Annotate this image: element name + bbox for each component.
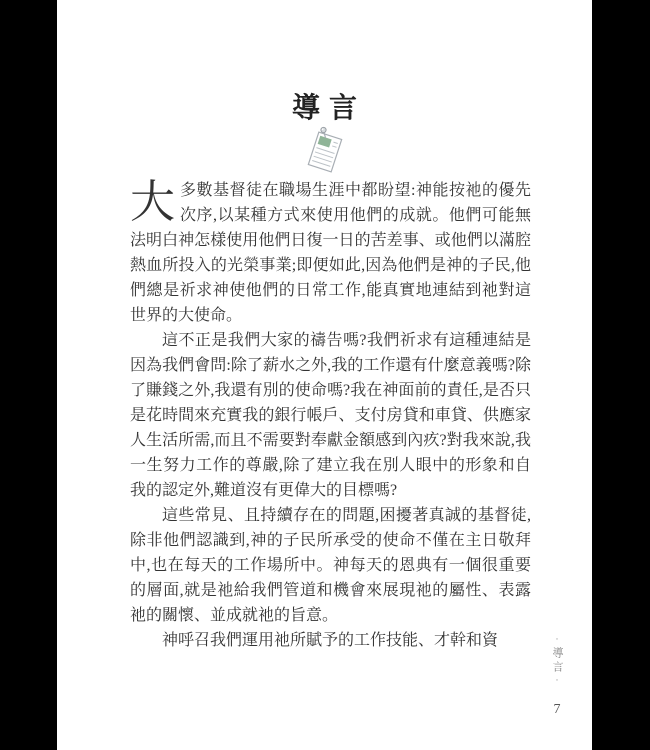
side-caption: ·導言·: [549, 634, 565, 688]
notepad-icon: [302, 125, 348, 177]
body-text: 大多數基督徒在職場生涯中都盼望:神能按祂的優先次序,以某種方式來使用他們的成就。…: [130, 178, 531, 653]
paragraph-2: 這不正是我們大家的禱告嗎?我們祈求有這種連結是因為我們會問:除了薪水之外,我的工…: [130, 328, 531, 503]
side-caption-label: 導言: [551, 647, 563, 675]
paragraph-1-text: 多數基督徒在職場生涯中都盼望:神能按祂的優先次序,以某種方式來使用他們的成就。他…: [130, 182, 531, 324]
right-black-border: [592, 0, 650, 750]
left-black-border: [0, 0, 57, 750]
page-number: 7: [546, 702, 568, 718]
paragraph-1: 大多數基督徒在職場生涯中都盼望:神能按祂的優先次序,以某種方式來使用他們的成就。…: [130, 178, 531, 328]
paragraph-4: 神呼召我們運用祂所賦予的工作技能、才幹和資: [130, 628, 531, 653]
paragraph-3: 這些常見、且持續存在的問題,困擾著真誠的基督徒,除非他們認識到,神的子民所承受的…: [130, 503, 531, 628]
side-caption-bottom-dot: ·: [552, 675, 562, 688]
drop-cap: 大: [130, 178, 180, 223]
chapter-title: 導言: [57, 86, 592, 126]
side-caption-top-dot: ·: [552, 634, 562, 647]
book-page: 導言 大多數基督徒在職場生涯中都盼望:神能按祂的優先次序,以某種方式來使用他們的…: [57, 0, 592, 750]
